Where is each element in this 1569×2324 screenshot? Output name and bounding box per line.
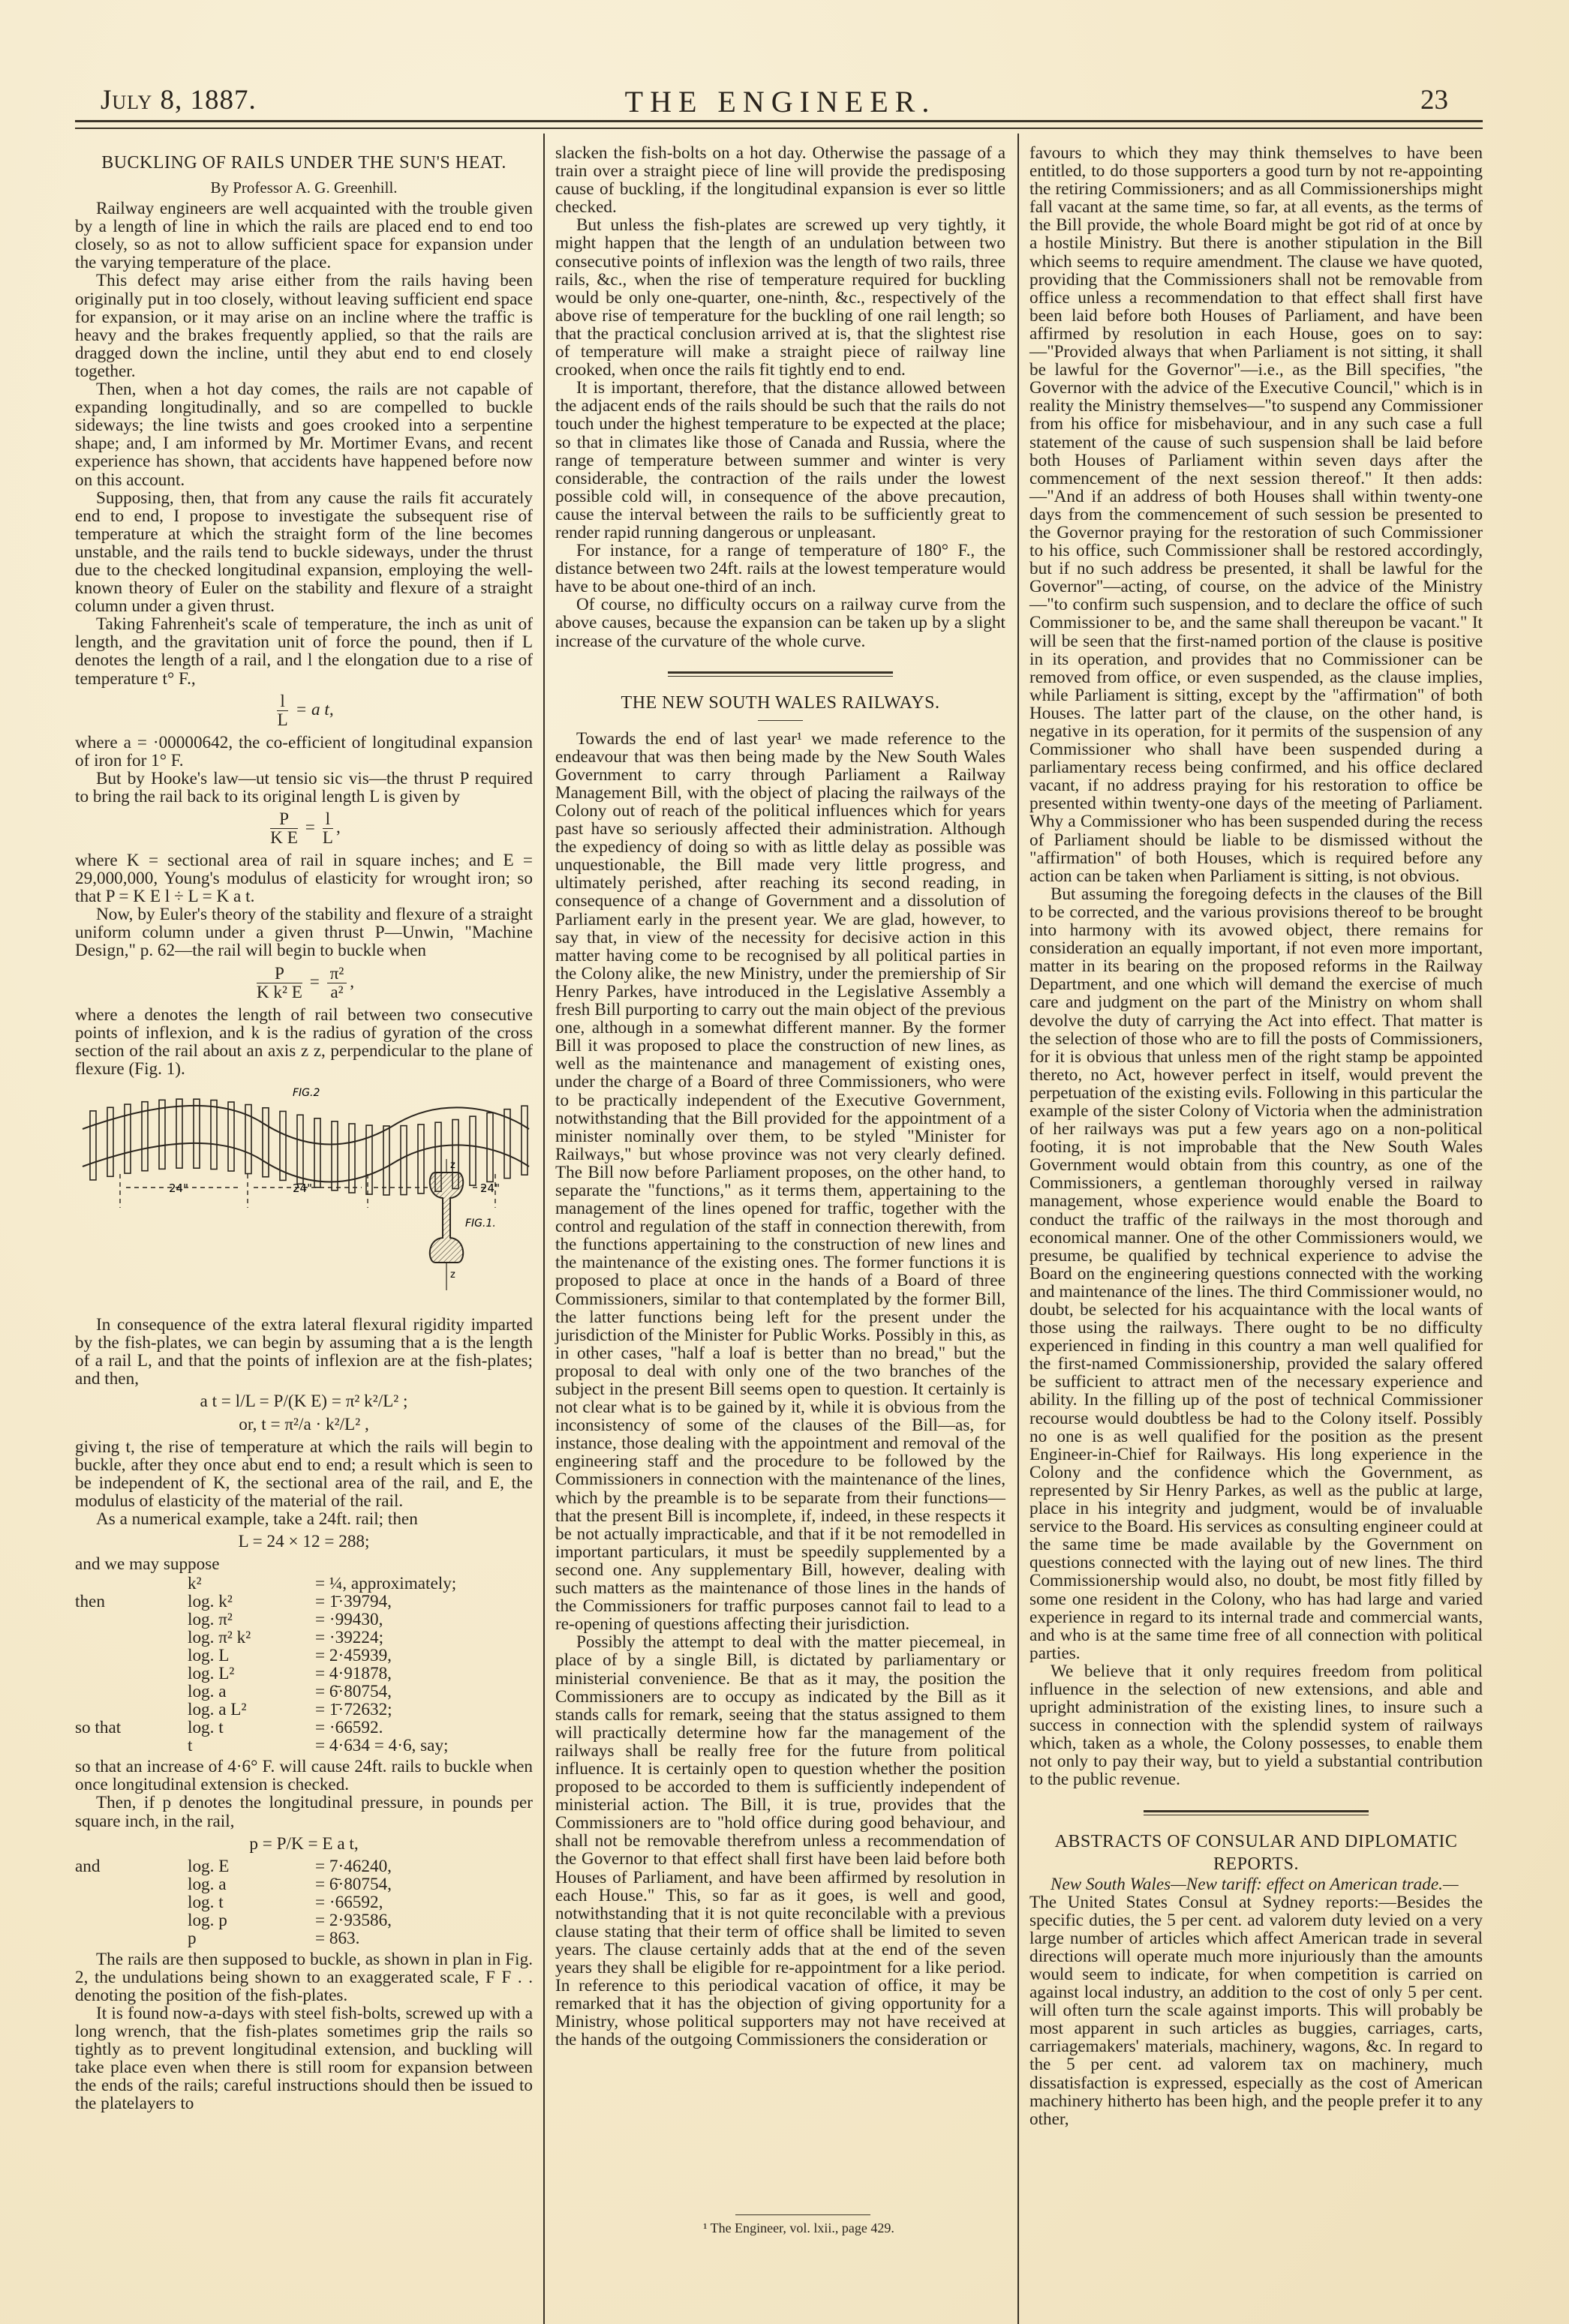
- log-row: log. a L²= 1̄·72632;: [75, 1701, 533, 1719]
- paragraph: It is found now-a-days with steel fish-b…: [75, 2004, 533, 2113]
- rail-buckling-figure: FIG.2 24" 24" 24": [75, 1084, 533, 1313]
- rail-track-diagram: FIG.2 24" 24" 24": [75, 1084, 533, 1309]
- paragraph: The rails are then supposed to buckle, a…: [75, 1950, 533, 2004]
- paragraph: Supposing, then, that from any cause the…: [75, 489, 533, 616]
- svg-text:24": 24": [293, 1182, 312, 1195]
- masthead: July 8, 1887. THE ENGINEER. 23: [75, 84, 1486, 129]
- article-title: ABSTRACTS OF CONSULAR AND DIPLOMATIC REP…: [1029, 1830, 1483, 1875]
- formula-pressure: p = P/K = E a t,: [75, 1835, 533, 1853]
- svg-text:z: z: [450, 1160, 455, 1171]
- paragraph: The United States Consul at Sydney repor…: [1029, 1893, 1483, 2128]
- log-row: log. L= 2·45939,: [75, 1647, 533, 1665]
- log-row: p= 863.: [75, 1929, 533, 1947]
- formula-euler: PK k² E = π²a²,: [75, 965, 533, 1001]
- paragraph: Now, by Euler's theory of the stability …: [75, 905, 533, 959]
- formula-length: L = 24 × 12 = 288;: [75, 1533, 533, 1551]
- paragraph: slacken the fish-bolts on a hot day. Oth…: [555, 144, 1005, 216]
- formula-temperature: a t = l/L = P/(K E) = π² k²/L² ;: [75, 1392, 533, 1410]
- column-1: BUCKLING OF RAILS UNDER THE SUN'S HEAT. …: [75, 144, 533, 2113]
- svg-text:24": 24": [480, 1182, 500, 1195]
- paragraph: Possibly the attempt to deal with the ma…: [555, 1633, 1005, 2049]
- log-row: log. π²= ·99430,: [75, 1611, 533, 1629]
- log-row: k²= ¼, approximately;: [75, 1575, 533, 1593]
- title-underline: [758, 720, 803, 721]
- paragraph: But by Hooke's law—ut tensio sic vis—the…: [75, 770, 533, 806]
- log-row: thenlog. k²= 1̄·39794,: [75, 1593, 533, 1611]
- header-rule-thin: [75, 128, 1483, 129]
- article-title: THE NEW SOUTH WALES RAILWAYS.: [555, 692, 1005, 714]
- column-2: slacken the fish-bolts on a hot day. Oth…: [555, 144, 1005, 2049]
- paragraph: Then, if p denotes the longitudinal pres…: [75, 1794, 533, 1830]
- svg-text:FIG.2: FIG.2: [293, 1087, 320, 1099]
- paragraph: where a denotes the length of rail betwe…: [75, 1006, 533, 1078]
- log-row: so thatlog. t= ·66592.: [75, 1719, 533, 1737]
- paragraph: where K = sectional area of rail in squa…: [75, 851, 533, 905]
- log-row: log. L²= 4·91878,: [75, 1665, 533, 1683]
- logarithm-table: k²= ¼, approximately;thenlog. k²= 1̄·397…: [75, 1575, 533, 1755]
- formula-expansion: lL = a t,: [75, 692, 533, 729]
- paragraph: Of course, no difficulty occurs on a rai…: [555, 596, 1005, 650]
- paragraph: We believe that it only requires freedom…: [1029, 1662, 1483, 1789]
- header-rule: [75, 120, 1483, 122]
- footnote: ¹ The Engineer, vol. lxii., page 429.: [549, 2220, 1048, 2236]
- paragraph: But assuming the foregoing defects in th…: [1029, 885, 1483, 1662]
- paragraph: In consequence of the extra lateral flex…: [75, 1316, 533, 1388]
- svg-text:FIG.1.: FIG.1.: [465, 1218, 496, 1230]
- paragraph: Taking Fahrenheit's scale of temperature…: [75, 615, 533, 687]
- paragraph: For instance, for a range of temperature…: [555, 542, 1005, 596]
- formula-t: or, t = π²/a · k²/L² ,: [75, 1416, 533, 1434]
- column-divider: [543, 134, 545, 2324]
- logarithm-table: andlog. E= 7·46240,log. a= 6̄·80754,log.…: [75, 1857, 533, 1947]
- paragraph: Towards the end of last year¹ we made re…: [555, 730, 1005, 1634]
- paragraph: New South Wales—New tariff: effect on Am…: [1029, 1875, 1483, 1893]
- log-row: t= 4·634 = 4·6, say;: [75, 1737, 533, 1755]
- paragraph: and we may suppose: [75, 1555, 533, 1573]
- log-row: log. π² k²= ·39224;: [75, 1629, 533, 1647]
- log-row: log. a= 6̄·80754,: [75, 1875, 533, 1893]
- footnote-rule: [735, 2214, 870, 2215]
- article-title: BUCKLING OF RAILS UNDER THE SUN'S HEAT.: [75, 152, 533, 174]
- log-row: andlog. E= 7·46240,: [75, 1857, 533, 1875]
- byline: By Professor A. G. Greenhill.: [75, 179, 533, 197]
- svg-text:24": 24": [169, 1182, 188, 1195]
- paragraph: This defect may arise either from the ra…: [75, 272, 533, 380]
- publication-title: THE ENGINEER.: [75, 84, 1486, 119]
- column-divider: [1017, 134, 1019, 2324]
- log-row: log. t= ·66592,: [75, 1893, 533, 1911]
- paragraph: favours to which they may think themselv…: [1029, 144, 1483, 885]
- paragraph: Then, when a hot day comes, the rails ar…: [75, 380, 533, 489]
- report-heading: New South Wales—New tariff: effect on Am…: [1051, 1875, 1459, 1894]
- paragraph: where a = ·00000642, the co-efficient of…: [75, 734, 533, 770]
- paragraph: so that an increase of 4·6° F. will caus…: [75, 1758, 533, 1794]
- paragraph: giving t, the rise of temperature at whi…: [75, 1438, 533, 1510]
- paragraph: Railway engineers are well acquainted wi…: [75, 200, 533, 272]
- page-number: 23: [1420, 84, 1448, 116]
- paragraph: It is important, therefore, that the dis…: [555, 379, 1005, 542]
- paragraph: But unless the fish-plates are screwed u…: [555, 216, 1005, 379]
- section-divider: [1144, 1810, 1369, 1815]
- paragraph: As a numerical example, take a 24ft. rai…: [75, 1510, 533, 1528]
- formula-hooke: PK E = lL,: [75, 810, 533, 847]
- column-3: favours to which they may think themselv…: [1029, 144, 1483, 2128]
- svg-text:z: z: [450, 1269, 455, 1281]
- section-divider: [668, 671, 893, 677]
- log-row: log. p= 2·93586,: [75, 1911, 533, 1929]
- log-row: log. a= 6̄·80754,: [75, 1683, 533, 1701]
